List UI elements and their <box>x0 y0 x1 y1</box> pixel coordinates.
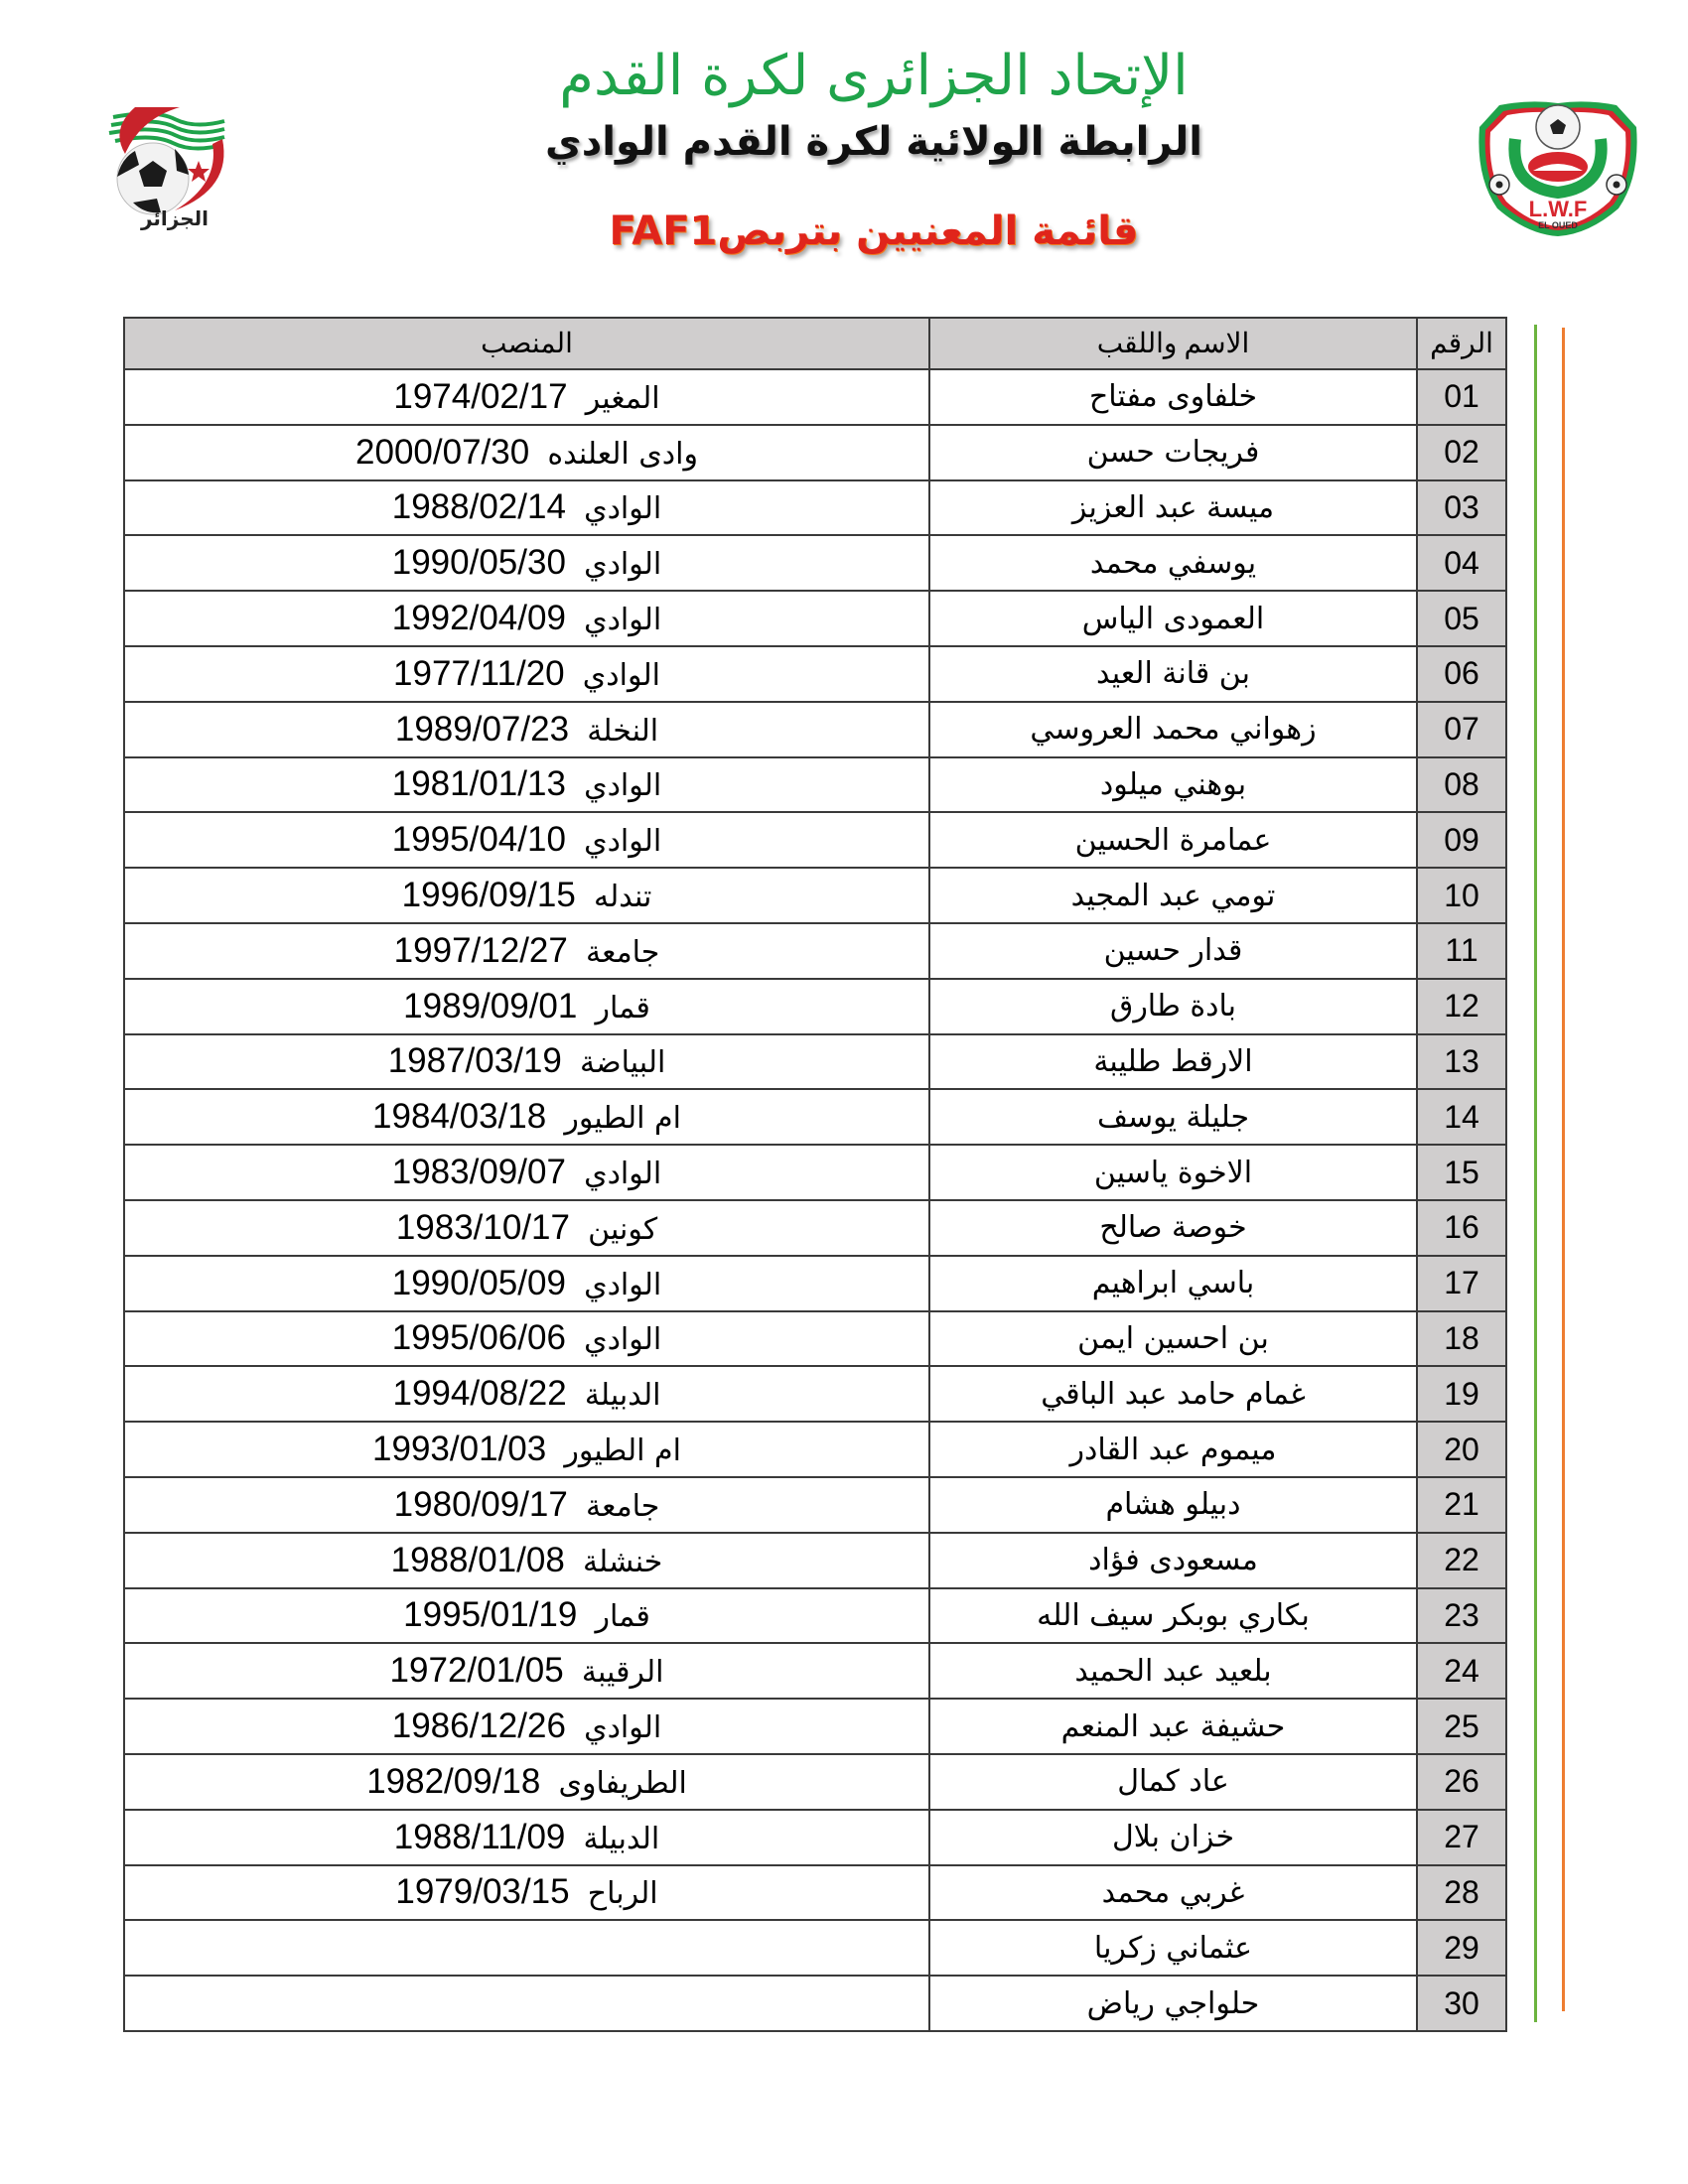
row-position: الوادي 1992/04/09 <box>124 591 929 646</box>
column-header-name: الاسم واللقب <box>929 318 1417 369</box>
row-number: 13 <box>1417 1034 1506 1090</box>
row-number: 19 <box>1417 1366 1506 1422</box>
table-row: 20ميموم عبد القادرام الطيور 1993/01/03 <box>124 1422 1506 1477</box>
row-number: 08 <box>1417 757 1506 813</box>
row-position: قمار 1995/01/19 <box>124 1588 929 1644</box>
row-name: باسي ابراهيم <box>929 1256 1417 1311</box>
row-position: الطريفاوى 1982/09/18 <box>124 1754 929 1810</box>
row-number: 11 <box>1417 923 1506 979</box>
birth-place: الرباح <box>588 1876 658 1911</box>
table-header-row: الرقم الاسم واللقب المنصب <box>124 318 1506 369</box>
league-title: الرابطة الولائية لكرة القدم الوادي <box>477 115 1271 169</box>
row-name: غربي محمد <box>929 1865 1417 1921</box>
row-number: 25 <box>1417 1699 1506 1754</box>
row-position: تندله 1996/09/15 <box>124 868 929 923</box>
birth-date: 1988/01/08 <box>391 1541 565 1580</box>
row-position: الوادي 1983/09/07 <box>124 1145 929 1200</box>
row-number: 22 <box>1417 1533 1506 1588</box>
table-row: 21دبيلو هشامجامعة 1980/09/17 <box>124 1477 1506 1533</box>
lwf-logo-text: L.W.F <box>1470 197 1646 222</box>
row-name: عثماني زكريا <box>929 1920 1417 1976</box>
row-position: الوادي 1995/04/10 <box>124 812 929 868</box>
birth-place: ام الطيور <box>564 1101 681 1136</box>
row-position: جامعة 1980/09/17 <box>124 1477 929 1533</box>
row-name: فريجات حسن <box>929 425 1417 480</box>
table-row: 28غربي محمدالرباح 1979/03/15 <box>124 1865 1506 1921</box>
birth-date: 1983/10/17 <box>396 1208 570 1248</box>
decorative-green-line <box>1534 325 1537 2022</box>
birth-date: 1995/01/19 <box>403 1595 577 1635</box>
row-name: حلواجي رياض <box>929 1976 1417 2031</box>
table-row: 14جليلة يوسفام الطيور 1984/03/18 <box>124 1089 1506 1145</box>
table-row: 09عمامرة الحسينالوادي 1995/04/10 <box>124 812 1506 868</box>
row-number: 30 <box>1417 1976 1506 2031</box>
row-name: الاخوة ياسين <box>929 1145 1417 1200</box>
row-name: ميموم عبد القادر <box>929 1422 1417 1477</box>
birth-place: تندله <box>594 880 651 914</box>
table-row: 04يوسفي محمدالوادي 1990/05/30 <box>124 535 1506 591</box>
row-number: 20 <box>1417 1422 1506 1477</box>
row-name: جليلة يوسف <box>929 1089 1417 1145</box>
row-position: النخلة 1989/07/23 <box>124 702 929 757</box>
row-name: يوسفي محمد <box>929 535 1417 591</box>
birth-place: الرقيبة <box>582 1655 664 1690</box>
birth-date: 2000/07/30 <box>355 433 529 473</box>
birth-place: خنشلة <box>583 1545 662 1579</box>
birth-date: 1984/03/18 <box>372 1097 546 1137</box>
birth-date: 1977/11/20 <box>393 654 565 694</box>
row-position: الوادي 1990/05/09 <box>124 1256 929 1311</box>
row-number: 10 <box>1417 868 1506 923</box>
birth-place: ام الطيور <box>564 1433 681 1468</box>
birth-place: الوادي <box>584 1710 661 1745</box>
row-number: 05 <box>1417 591 1506 646</box>
table-row: 22مسعودى فؤادخنشلة 1988/01/08 <box>124 1533 1506 1588</box>
birth-place: الوادي <box>584 603 661 637</box>
table-row: 12بادة طارققمار 1989/09/01 <box>124 979 1506 1034</box>
row-number: 21 <box>1417 1477 1506 1533</box>
table-row: 19غمام حامد عبد الباقيالدبيلة 1994/08/22 <box>124 1366 1506 1422</box>
row-position: ام الطيور 1993/01/03 <box>124 1422 929 1477</box>
birth-date: 1974/02/17 <box>393 377 567 417</box>
list-title: قائمة المعنيين بتربصFAF1 <box>576 203 1172 260</box>
table-row: 07زهواني محمد العروسيالنخلة 1989/07/23 <box>124 702 1506 757</box>
birth-date: 1981/01/13 <box>392 764 566 804</box>
birth-date: 1989/09/01 <box>403 987 577 1026</box>
roster-body: 01خلفاوى مفتاحالمغير 1974/02/1702فريجات … <box>124 369 1506 2031</box>
birth-date: 1972/01/05 <box>390 1651 564 1691</box>
row-name: بن احسين ايمن <box>929 1311 1417 1367</box>
row-position: المغير 1974/02/17 <box>124 369 929 425</box>
birth-date: 1995/04/10 <box>392 820 566 860</box>
row-name: تومي عبد المجيد <box>929 868 1417 923</box>
row-position: وادى العلنده 2000/07/30 <box>124 425 929 480</box>
table-row: 01خلفاوى مفتاحالمغير 1974/02/17 <box>124 369 1506 425</box>
row-number: 04 <box>1417 535 1506 591</box>
row-number: 27 <box>1417 1810 1506 1865</box>
row-number: 17 <box>1417 1256 1506 1311</box>
birth-date: 1982/09/18 <box>366 1762 540 1802</box>
row-name: بادة طارق <box>929 979 1417 1034</box>
birth-date: 1992/04/09 <box>392 599 566 638</box>
table-row: 27خزان بلالالدبيلة 1988/11/09 <box>124 1810 1506 1865</box>
table-row: 23بكاري بوبكر سيف اللهقمار 1995/01/19 <box>124 1588 1506 1644</box>
row-number: 09 <box>1417 812 1506 868</box>
birth-place: الوادي <box>583 658 660 693</box>
row-position: كونين 1983/10/17 <box>124 1200 929 1256</box>
row-position: الرقيبة 1972/01/05 <box>124 1643 929 1699</box>
row-number: 16 <box>1417 1200 1506 1256</box>
birth-date: 1988/02/14 <box>392 487 566 527</box>
row-position: الوادي 1981/01/13 <box>124 757 929 813</box>
birth-place: قمار <box>596 1599 650 1634</box>
row-name: خلفاوى مفتاح <box>929 369 1417 425</box>
row-name: غمام حامد عبد الباقي <box>929 1366 1417 1422</box>
table-row: 03ميسة عبد العزيزالوادي 1988/02/14 <box>124 480 1506 536</box>
faf-logo-caption: الجزائر <box>125 206 224 230</box>
table-row: 18بن احسين ايمنالوادي 1995/06/06 <box>124 1311 1506 1367</box>
table-row: 30حلواجي رياض <box>124 1976 1506 2031</box>
birth-date: 1989/07/23 <box>395 710 569 750</box>
birth-date: 1988/11/09 <box>394 1818 566 1857</box>
birth-place: الوادي <box>584 547 661 582</box>
row-position: الوادي 1977/11/20 <box>124 646 929 702</box>
row-position: الوادي 1990/05/30 <box>124 535 929 591</box>
row-position: الوادي 1995/06/06 <box>124 1311 929 1367</box>
birth-place: الوادي <box>584 1322 661 1357</box>
birth-place: الدبيلة <box>584 1822 660 1856</box>
decorative-orange-line <box>1562 328 1565 2011</box>
birth-place: الوادي <box>584 1268 661 1302</box>
row-position: الدبيلة 1988/11/09 <box>124 1810 929 1865</box>
birth-place: الوادي <box>584 1157 661 1191</box>
row-name: الارقط طليبة <box>929 1034 1417 1090</box>
row-name: بكاري بوبكر سيف الله <box>929 1588 1417 1644</box>
row-name: حشيفة عبد المنعم <box>929 1699 1417 1754</box>
birth-place: الوادي <box>584 491 661 526</box>
row-position: ام الطيور 1984/03/18 <box>124 1089 929 1145</box>
row-name: مسعودى فؤاد <box>929 1533 1417 1588</box>
row-number: 24 <box>1417 1643 1506 1699</box>
birth-place: الوادي <box>584 824 661 859</box>
birth-date: 1980/09/17 <box>394 1485 568 1525</box>
birth-date: 1987/03/19 <box>388 1041 562 1081</box>
federation-title: الإتحاد الجزائرى لكرة القدم <box>477 42 1271 111</box>
birth-date: 1994/08/22 <box>393 1374 567 1414</box>
row-position: الوادي 1986/12/26 <box>124 1699 929 1754</box>
birth-place: الوادي <box>584 768 661 803</box>
table-row: 11قدار حسينجامعة 1997/12/27 <box>124 923 1506 979</box>
row-name: بن قانة العيد <box>929 646 1417 702</box>
birth-place: كونين <box>588 1212 657 1247</box>
row-number: 01 <box>1417 369 1506 425</box>
birth-date: 1990/05/09 <box>392 1264 566 1303</box>
row-number: 12 <box>1417 979 1506 1034</box>
row-number: 02 <box>1417 425 1506 480</box>
table-row: 06بن قانة العيدالوادي 1977/11/20 <box>124 646 1506 702</box>
row-name: دبيلو هشام <box>929 1477 1417 1533</box>
table-row: 05العمودى الياسالوادي 1992/04/09 <box>124 591 1506 646</box>
row-position: جامعة 1997/12/27 <box>124 923 929 979</box>
row-name: زهواني محمد العروسي <box>929 702 1417 757</box>
row-position: البياضة 1987/03/19 <box>124 1034 929 1090</box>
row-number: 29 <box>1417 1920 1506 1976</box>
roster-table: الرقم الاسم واللقب المنصب 01خلفاوى مفتاح… <box>123 317 1507 2032</box>
birth-place: قمار <box>596 991 650 1025</box>
column-header-position: المنصب <box>124 318 929 369</box>
birth-place: جامعة <box>586 1489 659 1524</box>
table-row: 02فريجات حسنوادى العلنده 2000/07/30 <box>124 425 1506 480</box>
row-position: الدبيلة 1994/08/22 <box>124 1366 929 1422</box>
row-number: 14 <box>1417 1089 1506 1145</box>
row-name: عاد كمال <box>929 1754 1417 1810</box>
birth-date: 1990/05/30 <box>392 543 566 583</box>
row-name: بلعيد عبد الحميد <box>929 1643 1417 1699</box>
row-number: 06 <box>1417 646 1506 702</box>
birth-date: 1983/09/07 <box>392 1153 566 1192</box>
table-row: 26عاد كمالالطريفاوى 1982/09/18 <box>124 1754 1506 1810</box>
row-name: قدار حسين <box>929 923 1417 979</box>
row-position: خنشلة 1988/01/08 <box>124 1533 929 1588</box>
lwf-logo-subtext: EL OUED <box>1470 220 1646 230</box>
row-position <box>124 1976 929 2031</box>
row-number: 18 <box>1417 1311 1506 1367</box>
birth-place: الدبيلة <box>585 1378 661 1413</box>
column-header-number: الرقم <box>1417 318 1506 369</box>
row-name: بوهني ميلود <box>929 757 1417 813</box>
row-name: خوصة صالح <box>929 1200 1417 1256</box>
birth-place: المغير <box>586 381 660 416</box>
table-row: 13الارقط طليبةالبياضة 1987/03/19 <box>124 1034 1506 1090</box>
row-name: عمامرة الحسين <box>929 812 1417 868</box>
row-number: 28 <box>1417 1865 1506 1921</box>
row-number: 23 <box>1417 1588 1506 1644</box>
row-name: خزان بلال <box>929 1810 1417 1865</box>
birth-date: 1986/12/26 <box>392 1706 566 1746</box>
table-row: 25حشيفة عبد المنعمالوادي 1986/12/26 <box>124 1699 1506 1754</box>
lwf-el-oued-logo: L.W.F EL OUED <box>1470 97 1646 238</box>
birth-place: جامعة <box>586 935 659 970</box>
row-position: الرباح 1979/03/15 <box>124 1865 929 1921</box>
row-name: العمودى الياس <box>929 591 1417 646</box>
birth-place: البياضة <box>580 1045 665 1080</box>
table-row: 29عثماني زكريا <box>124 1920 1506 1976</box>
row-number: 03 <box>1417 480 1506 536</box>
birth-date: 1997/12/27 <box>394 931 568 971</box>
row-position: الوادي 1988/02/14 <box>124 480 929 536</box>
row-number: 07 <box>1417 702 1506 757</box>
table-row: 16خوصة صالحكونين 1983/10/17 <box>124 1200 1506 1256</box>
table-row: 10تومي عبد المجيدتندله 1996/09/15 <box>124 868 1506 923</box>
birth-date: 1993/01/03 <box>372 1430 546 1469</box>
row-number: 26 <box>1417 1754 1506 1810</box>
row-number: 15 <box>1417 1145 1506 1200</box>
table-row: 15الاخوة ياسينالوادي 1983/09/07 <box>124 1145 1506 1200</box>
table-row: 08بوهني ميلودالوادي 1981/01/13 <box>124 757 1506 813</box>
birth-date: 1996/09/15 <box>402 876 576 915</box>
birth-place: النخلة <box>587 714 658 749</box>
birth-place: وادى العلنده <box>547 437 698 472</box>
birth-place: الطريفاوى <box>559 1766 687 1801</box>
table-row: 24بلعيد عبد الحميدالرقيبة 1972/01/05 <box>124 1643 1506 1699</box>
row-position: قمار 1989/09/01 <box>124 979 929 1034</box>
faf-algeria-logo: الجزائر <box>95 99 234 234</box>
birth-date: 1979/03/15 <box>395 1872 569 1912</box>
row-name: ميسة عبد العزيز <box>929 480 1417 536</box>
table-row: 17باسي ابراهيمالوادي 1990/05/09 <box>124 1256 1506 1311</box>
birth-date: 1995/06/06 <box>392 1318 566 1358</box>
row-position <box>124 1920 929 1976</box>
